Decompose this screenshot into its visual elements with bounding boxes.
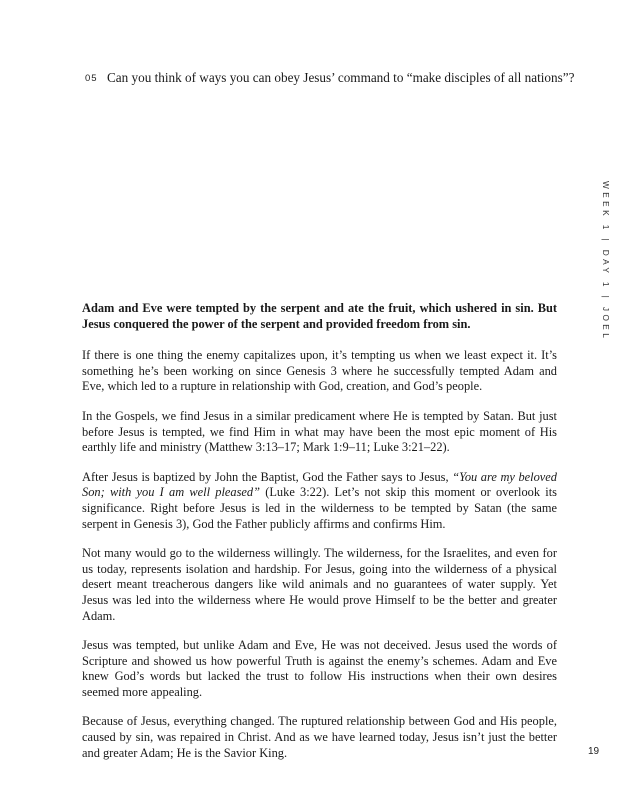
paragraph-4: Not many would go to the wilderness will… — [82, 546, 557, 624]
paragraph-6: Because of Jesus, everything changed. Th… — [82, 714, 557, 761]
question-number: 05 — [85, 71, 98, 87]
paragraph-2: In the Gospels, we find Jesus in a simil… — [82, 409, 557, 456]
section-running-header: WEEK 1 | DAY 1 | JOEL — [601, 181, 611, 341]
reflection-question: 05 Can you think of ways you can obey Je… — [107, 70, 577, 86]
question-text: Can you think of ways you can obey Jesus… — [107, 70, 574, 85]
paragraph-1: If there is one thing the enemy capitali… — [82, 348, 557, 395]
devotional-body: Adam and Eve were tempted by the serpent… — [82, 301, 557, 775]
paragraph-5: Jesus was tempted, but unlike Adam and E… — [82, 638, 557, 700]
lead-statement: Adam and Eve were tempted by the serpent… — [82, 301, 557, 332]
paragraph-3-intro: After Jesus is baptized by John the Bapt… — [82, 470, 452, 484]
paragraph-3: After Jesus is baptized by John the Bapt… — [82, 470, 557, 532]
page-number: 19 — [588, 746, 599, 757]
